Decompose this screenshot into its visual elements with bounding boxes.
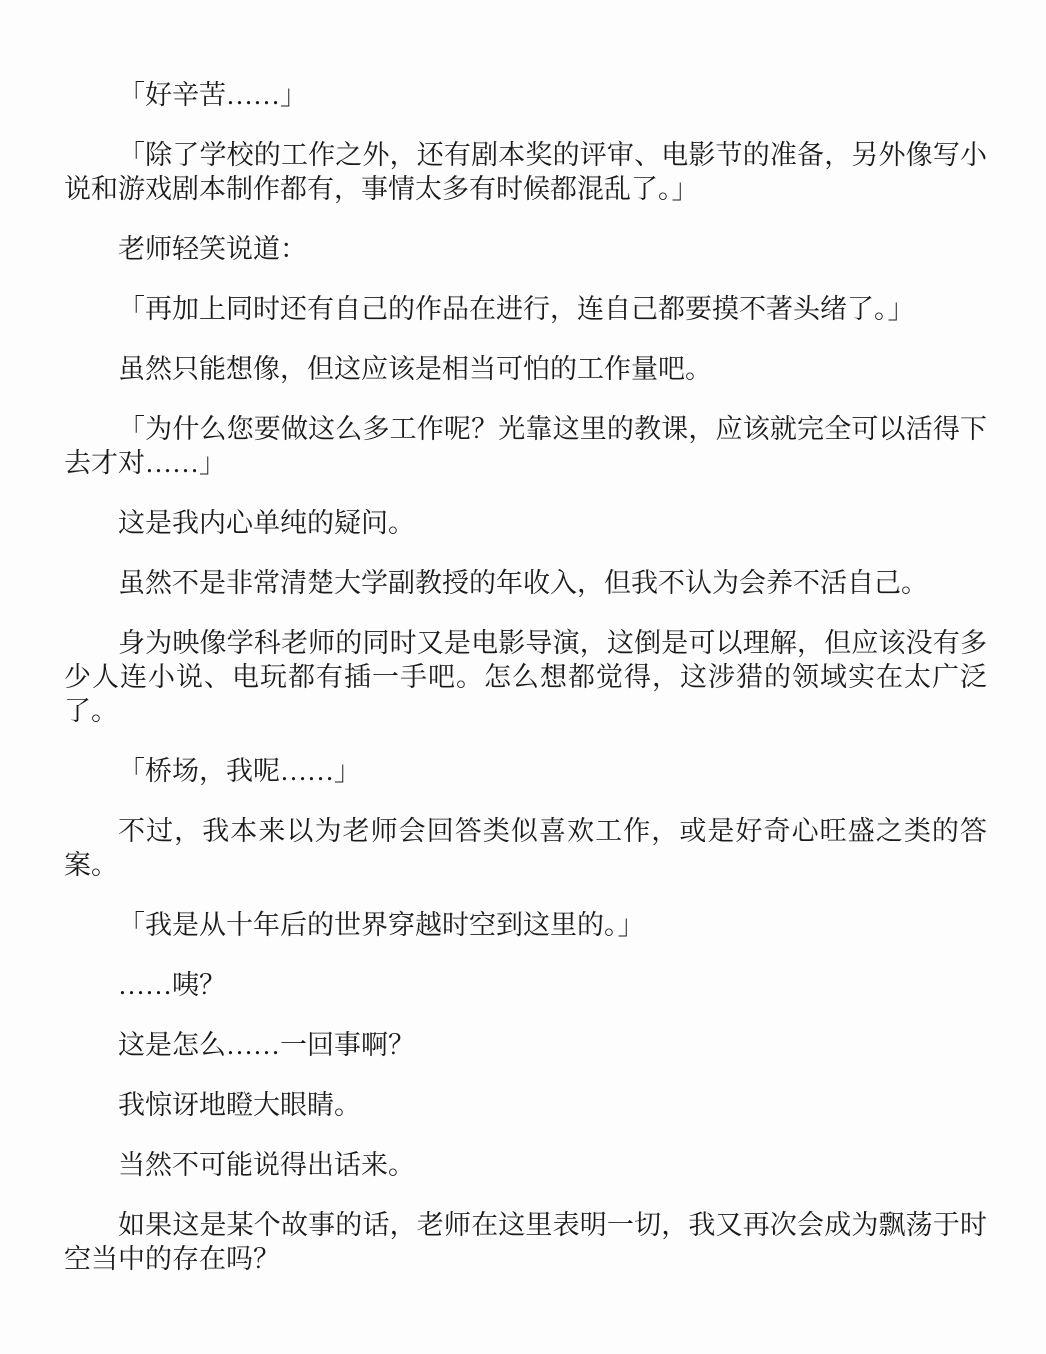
paragraph: 我惊讶地瞪大眼睛。 [64,1088,987,1122]
paragraph: 「桥场，我呢……」 [64,754,987,788]
paragraph: 「除了学校的工作之外，还有剧本奖的评审、电影节的准备，另外像写小说和游戏剧本制作… [64,138,987,206]
paragraph: ……咦？ [64,968,987,1002]
paragraph: 「再加上同时还有自己的作品在进行，连自己都要摸不著头绪了。」 [64,292,987,326]
paragraph: 「我是从十年后的世界穿越时空到这里的。」 [64,908,987,942]
paragraph: 身为映像学科老师的同时又是电影导演，这倒是可以理解，但应该没有多少人连小说、电玩… [64,626,987,728]
paragraph: 「好辛苦……」 [64,78,987,112]
paragraph: 如果这是某个故事的话，老师在这里表明一切，我又再次会成为飘荡于时空当中的存在吗？ [64,1208,987,1276]
paragraph: 不过，我本来以为老师会回答类似喜欢工作，或是好奇心旺盛之类的答案。 [64,814,987,882]
book-page: 「好辛苦……」 「除了学校的工作之外，还有剧本奖的评审、电影节的准备，另外像写小… [0,0,1046,1354]
paragraph: 虽然不是非常清楚大学副教授的年收入，但我不认为会养不活自己。 [64,566,987,600]
paragraph: 老师轻笑说道： [64,232,987,266]
paragraph: 这是我内心单纯的疑问。 [64,506,987,540]
paragraph: 这是怎么……一回事啊？ [64,1028,987,1062]
paragraph: 当然不可能说得出话来。 [64,1148,987,1182]
paragraph: 虽然只能想像，但这应该是相当可怕的工作量吧。 [64,352,987,386]
paragraph: 「为什么您要做这么多工作呢？光靠这里的教课，应该就完全可以活得下去才对……」 [64,412,987,480]
